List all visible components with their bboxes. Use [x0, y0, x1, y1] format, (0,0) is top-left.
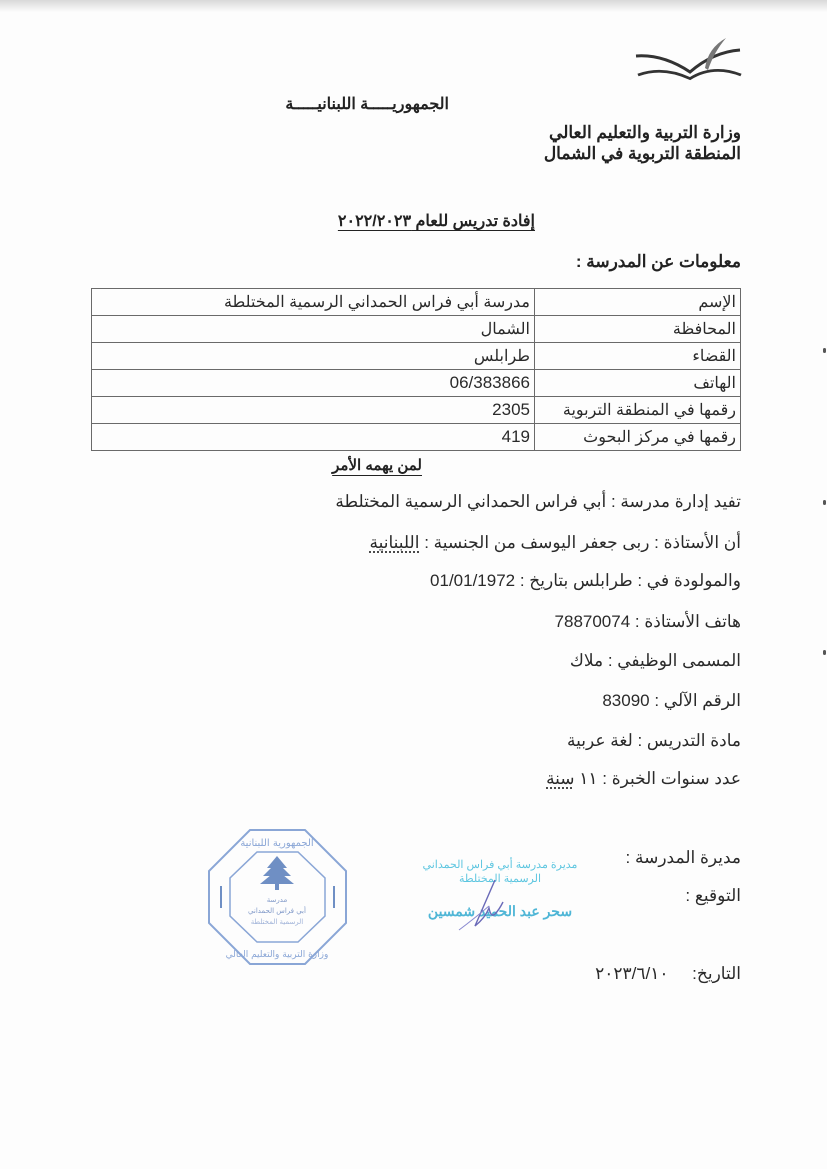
ministry-heading: وزارة التربية والتعليم العالي المنطقة ال…	[544, 122, 741, 164]
ministry-name: وزارة التربية والتعليم العالي	[544, 122, 741, 143]
row-label: رقمها في المنطقة التربوية	[535, 397, 741, 424]
teacher-phone: هاتف الأستاذة : 78870074	[555, 612, 741, 632]
experience-years: عدد سنوات الخبرة : ١١ سنة	[546, 769, 741, 789]
region-name: المنطقة التربوية في الشمال	[544, 143, 741, 164]
table-row: المحافظة الشمال	[92, 316, 741, 343]
row-value: مدرسة أبي فراس الحمداني الرسمية المختلطة	[92, 289, 535, 316]
row-value: 2305	[92, 397, 535, 424]
auto-number: الرقم الآلي : 83090	[602, 691, 741, 711]
open-book-quill-icon	[622, 18, 742, 82]
svg-text:وزارة التربية والتعليم العالي: وزارة التربية والتعليم العالي	[226, 950, 329, 960]
row-value: 06/383866	[92, 370, 535, 397]
signature-label: التوقيع :	[685, 886, 741, 906]
row-value: طرابلس	[92, 343, 535, 370]
to-whom-heading: لمن يهمه الأمر	[314, 456, 422, 474]
principal-label: مديرة المدرسة :	[626, 848, 741, 868]
row-label: الهاتف	[535, 370, 741, 397]
svg-text:الجمهورية اللبنانية: الجمهورية اللبنانية	[240, 838, 313, 849]
date-value: ٢٠٢٣/٦/١٠	[595, 964, 668, 983]
row-label: المحافظة	[535, 316, 741, 343]
row-label: الإسم	[535, 289, 741, 316]
cedar-tree-icon	[260, 856, 294, 890]
svg-text:أبي فراس الحمداني: أبي فراس الحمداني	[248, 906, 306, 915]
table-row: رقمها في مركز البحوث 419	[92, 424, 741, 451]
document-title: إفادة تدريس للعام ٢٠٢٢/٢٠٢٣	[338, 211, 535, 231]
job-title: المسمى الوظيفي : ملاك	[570, 651, 741, 671]
table-row: الهاتف 06/383866	[92, 370, 741, 397]
date-label: التاريخ:	[692, 964, 741, 983]
handwritten-signature	[455, 878, 515, 938]
official-school-seal: مدرسة أبي فراس الحمداني الرسمية المختلطة…	[205, 826, 350, 968]
svg-text:الرسمية المختلطة: الرسمية المختلطة	[251, 918, 304, 926]
school-statement: تفيد إدارة مدرسة : أبي فراس الحمداني الر…	[335, 492, 741, 512]
principal-stamp-line1: مديرة مدرسة أبي فراس الحمداني	[410, 858, 590, 872]
birth-statement: والمولودة في : طرابلس بتاريخ : 01/01/197…	[430, 571, 741, 591]
teacher-name-line: أن الأستاذة : ربى جعفر اليوسف من الجنسية…	[419, 533, 741, 552]
row-value: 419	[92, 424, 535, 451]
nationality-value: اللبنانية	[370, 533, 420, 552]
scan-mark	[823, 500, 826, 505]
teaching-subject: مادة التدريس : لغة عربية	[567, 731, 741, 751]
teacher-statement: أن الأستاذة : ربى جعفر اليوسف من الجنسية…	[370, 533, 741, 553]
scan-mark	[823, 650, 826, 655]
row-value: الشمال	[92, 316, 535, 343]
republic-heading: الجمهوريـــــة اللبنانيـــــة	[285, 94, 449, 114]
school-info-table: الإسم مدرسة أبي فراس الحمداني الرسمية ال…	[91, 288, 741, 451]
experience-label: عدد سنوات الخبرة : ١١	[575, 769, 741, 788]
svg-text:مدرسة: مدرسة	[267, 896, 288, 904]
school-info-heading: معلومات عن المدرسة :	[576, 252, 741, 272]
table-row: الإسم مدرسة أبي فراس الحمداني الرسمية ال…	[92, 289, 741, 316]
date-line: التاريخ: ٢٠٢٣/٦/١٠	[595, 964, 741, 984]
row-label: رقمها في مركز البحوث	[535, 424, 741, 451]
scan-mark	[823, 348, 826, 353]
row-label: القضاء	[535, 343, 741, 370]
experience-unit: سنة	[546, 769, 575, 788]
scan-edge-shadow	[0, 0, 827, 12]
table-row: القضاء طرابلس	[92, 343, 741, 370]
table-row: رقمها في المنطقة التربوية 2305	[92, 397, 741, 424]
